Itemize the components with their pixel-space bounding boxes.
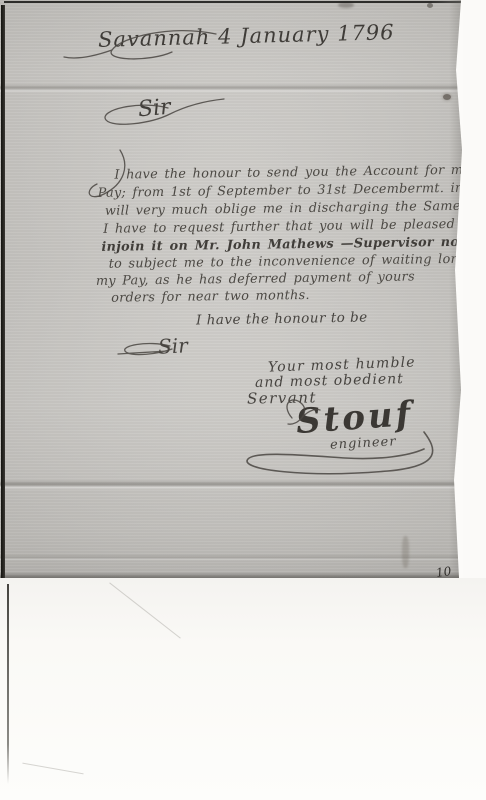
- ink-stain: [427, 3, 433, 8]
- smudge-stain: [402, 536, 409, 568]
- page-edge-shadow: [449, 0, 463, 578]
- lower-blank-area: [0, 578, 486, 800]
- body-line: Pay; from 1st of September to 31st Decem…: [98, 180, 486, 201]
- dateline: Savannah 4 January 1796: [98, 20, 395, 52]
- scanner-background: [463, 0, 486, 578]
- signature: Stouf: [295, 394, 415, 442]
- body-line: my Pay, as he has deferred payment of yo…: [96, 269, 415, 288]
- fold-crease: [0, 554, 463, 561]
- closing-salutation: Sir: [157, 333, 188, 359]
- body-line: orders for near two months.: [111, 288, 310, 306]
- next-page-edge-line: [7, 584, 9, 784]
- salutation: Sir: [137, 95, 172, 123]
- body-line: I have the honour to send you the Accoun…: [114, 163, 471, 183]
- valediction-line: and most obedient: [255, 371, 404, 391]
- ink-stain: [443, 94, 451, 100]
- scan-left-edge-line: [1, 5, 5, 578]
- letter-page-scan: Savannah 4 January 1796 Sir I have the h…: [0, 0, 463, 578]
- body-line: I have to request further that you will …: [103, 217, 475, 237]
- fold-crease: [0, 480, 463, 490]
- scan-top-edge-line: [4, 1, 468, 3]
- fold-crease: [0, 84, 463, 93]
- body-line: to subject me to the inconvenience of wa…: [109, 251, 486, 271]
- closing-line: I have the honour to be: [196, 310, 368, 329]
- body-line: will very much oblige me in discharging …: [105, 199, 461, 219]
- signature-title: engineer: [330, 434, 397, 452]
